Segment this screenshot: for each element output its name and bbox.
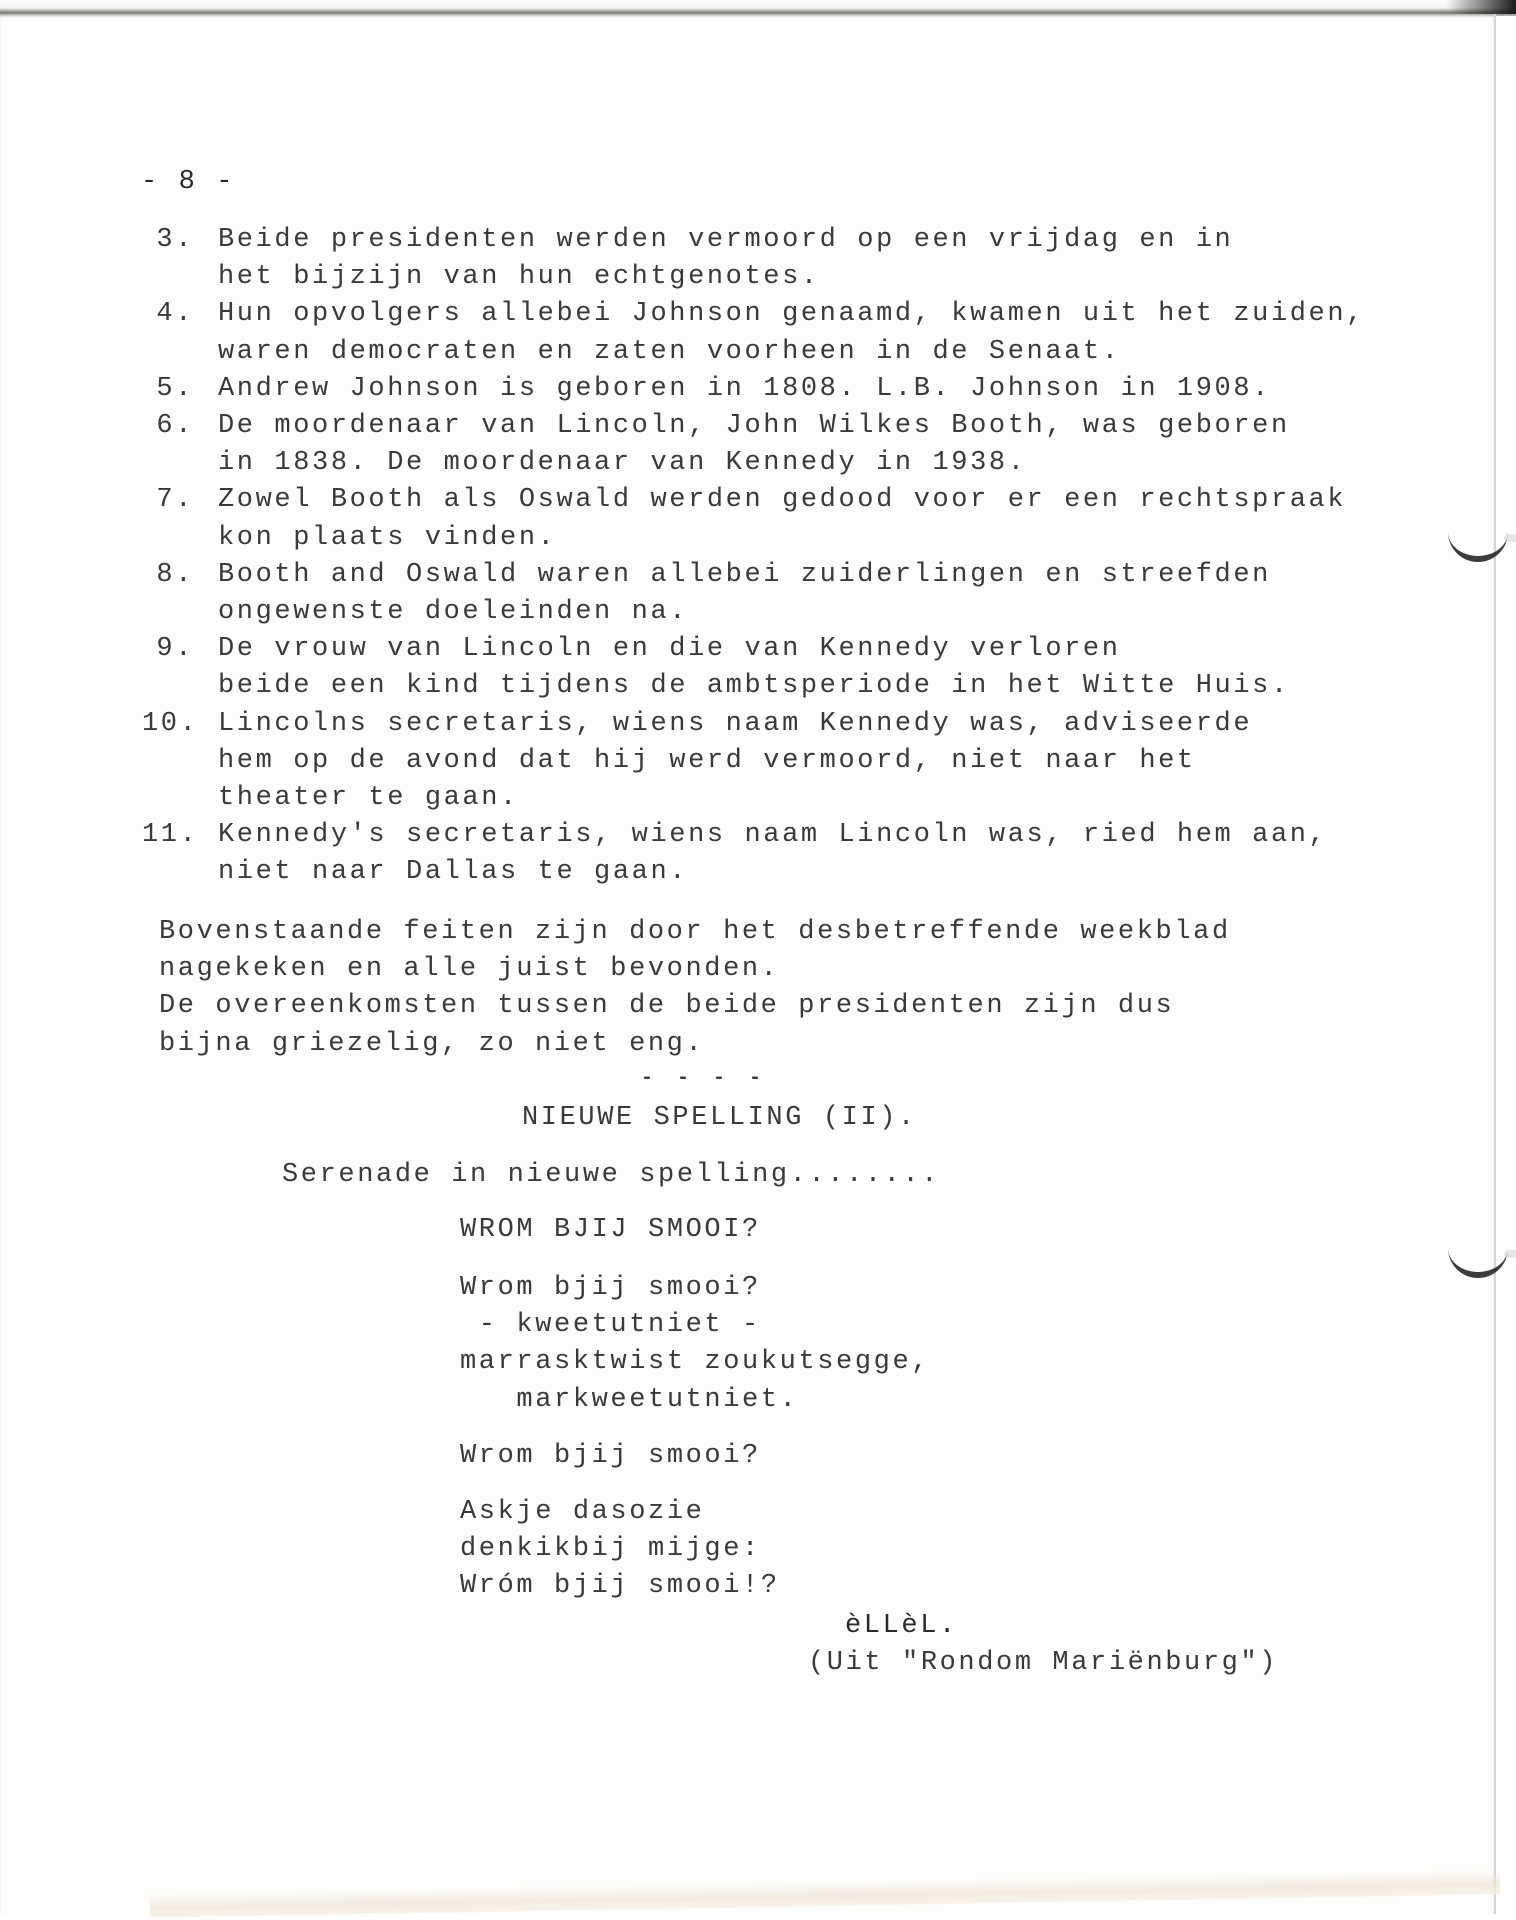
page-number: - 8 - — [141, 164, 235, 201]
fact-line: De moordenaar van Lincoln, John Wilkes B… — [218, 408, 1290, 445]
fact-line: waren democraten en zaten voorheen in de… — [218, 334, 1121, 371]
poem-line: Askje dasozie — [460, 1494, 704, 1531]
conclusion-line: Bovenstaande feiten zijn door het desbet… — [159, 914, 1231, 951]
author-signature: èLLèL. — [845, 1608, 958, 1645]
poem-line: Wrom bjij smooi? — [460, 1270, 761, 1307]
fact-line: Booth and Oswald waren allebei zuiderlin… — [218, 557, 1271, 594]
fact-number: 11. — [142, 817, 194, 854]
conclusion-line: bijna griezelig, zo niet eng. — [159, 1026, 704, 1063]
section-title: NIEUWE SPELLING (II). — [522, 1100, 917, 1137]
poem-line: denkikbij mijge: — [460, 1531, 761, 1568]
staple-mark-bottom — [1448, 1246, 1508, 1278]
fact-line: het bijzijn van hun echtgenotes. — [218, 259, 820, 296]
staple-mark-top — [1448, 530, 1508, 562]
paper-bottom-edge — [150, 1870, 1500, 1918]
fact-line: Andrew Johnson is geboren in 1808. L.B. … — [218, 371, 1271, 408]
fact-line: Zowel Booth als Oswald werden gedood voo… — [218, 482, 1346, 519]
poem-line: markweetutniet. — [460, 1382, 798, 1419]
fact-line: Hun opvolgers allebei Johnson genaamd, k… — [218, 296, 1365, 333]
fact-line: in 1838. De moordenaar van Kennedy in 19… — [218, 445, 1027, 482]
poem-line: marrasktwist zoukutsegge, — [460, 1344, 930, 1381]
fact-line: Beide presidenten werden vermoord op een… — [218, 222, 1233, 259]
fact-number: 5. — [142, 371, 194, 408]
fact-line: Kennedy's secretaris, wiens naam Lincoln… — [218, 817, 1327, 854]
fact-number: 9. — [142, 631, 194, 668]
fact-number: 4. — [142, 296, 194, 333]
fact-number: 6. — [142, 408, 194, 445]
poem-line: - kweetutniet - — [460, 1307, 761, 1344]
fact-line: hem op de avond dat hij werd vermoord, n… — [218, 743, 1196, 780]
source-citation: (Uit "Rondom Mariënburg") — [808, 1645, 1278, 1682]
fact-number: 3. — [142, 222, 194, 259]
fact-number: 7. — [142, 482, 194, 519]
poem-title: WROM BJIJ SMOOI? — [460, 1212, 761, 1249]
fact-number: 10. — [142, 706, 194, 743]
fact-line: De vrouw van Lincoln en die van Kennedy … — [218, 631, 1121, 668]
fact-line: beide een kind tijdens de ambtsperiode i… — [218, 668, 1290, 705]
section-separator: - - - - — [641, 1060, 767, 1097]
fact-line: kon plaats vinden. — [218, 520, 556, 557]
fact-line: niet naar Dallas te gaan. — [218, 854, 688, 891]
poem-line: Wrom bjij smooi? — [460, 1438, 761, 1475]
fact-line: Lincolns secretaris, wiens naam Kennedy … — [218, 706, 1252, 743]
poem-line: Wróm bjij smooi!? — [460, 1568, 780, 1605]
fact-line: theater te gaan. — [218, 780, 519, 817]
fact-line: ongewenste doeleinden na. — [218, 594, 688, 631]
conclusion-line: De overeenkomsten tussen de beide presid… — [159, 988, 1174, 1025]
serenade-intro: Serenade in nieuwe spelling........ — [282, 1157, 940, 1194]
fact-number: 8. — [142, 557, 194, 594]
conclusion-line: nagekeken en alle juist bevonden. — [159, 951, 780, 988]
